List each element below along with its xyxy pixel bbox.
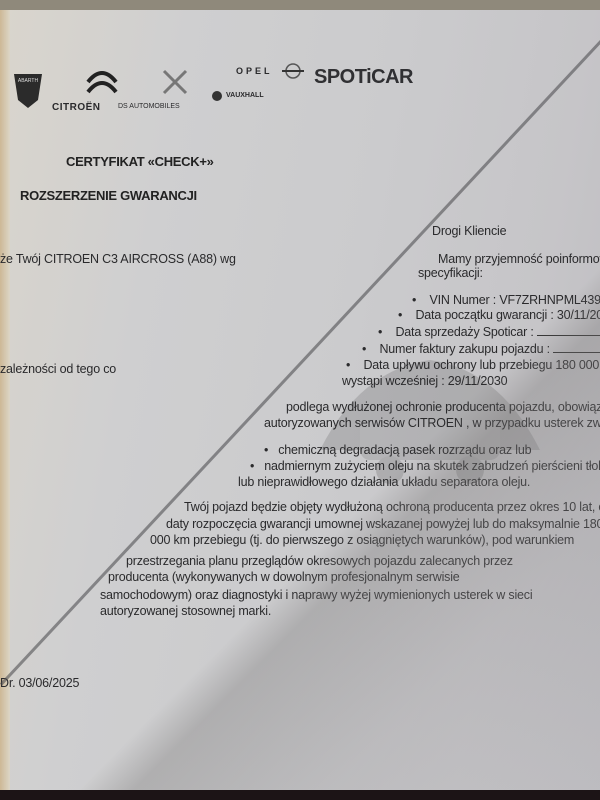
expiry-line: wystąpi wcześniej : 29/11/2030: [342, 374, 507, 388]
warranty-start-value: 30/11/2020: [557, 308, 600, 322]
spoticar-logo: SPOTiCAR: [314, 66, 413, 89]
ds-wordmark: DS AUTOMOBILES: [118, 103, 180, 110]
document-date: Dr. 03/06/2025: [0, 676, 79, 690]
certificate-subtitle: ROZSZERZENIE GWARANCJI: [20, 188, 197, 203]
para1-line2: autoryzowanych serwisów CITROEN , w przy…: [264, 416, 600, 430]
para1-line1: podlega wydłużonej ochronie producenta p…: [286, 400, 600, 414]
abarth-logo-icon: ABARTH: [8, 70, 48, 110]
para2-line6: samochodowym) oraz diagnostyki i naprawy…: [100, 588, 532, 602]
detail-invoice-number: Numer faktury zakupu pojazdu :: [362, 342, 600, 356]
vin-value: VF7ZRHNPML4396486: [499, 293, 600, 307]
vauxhall-wordmark: VAUXHALL: [226, 92, 264, 99]
para2-line5: producenta (wykonywanych w dowolnym prof…: [108, 570, 460, 584]
intro-cont: specyfikacji:: [418, 266, 483, 280]
certificate-title: CERTYFIKAT «CHECK+»: [66, 154, 214, 169]
opel-wordmark: OPEL: [236, 66, 273, 76]
svg-text:ABARTH: ABARTH: [18, 78, 39, 84]
para2-line1: Twój pojazd będzie objęty wydłużoną ochr…: [184, 500, 600, 514]
ds-logo-icon: [160, 65, 190, 99]
invoice-blank: [553, 342, 600, 353]
dependency-text: zależności od tego co: [0, 362, 116, 376]
para2-line3: 000 km przebiegu (tj. do pierwszego z os…: [150, 533, 574, 547]
page-edge: [0, 10, 10, 790]
defect-1: chemiczną degradacją pasek rozrządu oraz…: [264, 443, 531, 457]
para2-line4: przestrzegania planu przeglądów okresowy…: [126, 554, 513, 568]
detail-sale-date: Data sprzedaży Spoticar :: [378, 325, 600, 339]
detail-vin: VIN Numer : VF7ZRHNPML4396486: [412, 293, 600, 307]
defect-2: nadmiernym zużyciem oleju na skutek zabr…: [250, 459, 600, 473]
photo-bottom-edge: [0, 790, 600, 800]
expiry-value: 29/11/2030: [448, 374, 508, 388]
detail-expiry: Data upływu ochrony lub przebiegu 180 00…: [346, 358, 600, 372]
para2-line7: autoryzowanej stosownej marki.: [100, 604, 271, 618]
brand-logos: ABARTH CITROËN DS AUTOMOBILES OPEL VAUXH…: [0, 60, 600, 120]
citroen-logo-icon: [82, 66, 122, 100]
intro-right: Mamy przyjemność poinformować,: [438, 252, 600, 266]
opel-logo-icon: [280, 62, 306, 80]
vauxhall-logo-icon: [210, 90, 224, 102]
defect-3: lub nieprawidłowego działania układu sep…: [238, 475, 530, 489]
detail-warranty-start: Data początku gwarancji : 30/11/2020: [398, 308, 600, 322]
sale-date-blank: [537, 325, 600, 336]
intro-left: że Twój CITROEN C3 AIRCROSS (A88) wg: [0, 252, 236, 266]
citroen-wordmark: CITROËN: [52, 102, 101, 113]
para2-line2: daty rozpoczęcia gwarancji umownej wskaz…: [166, 517, 600, 531]
greeting: Drogi Kliencie: [432, 224, 506, 238]
